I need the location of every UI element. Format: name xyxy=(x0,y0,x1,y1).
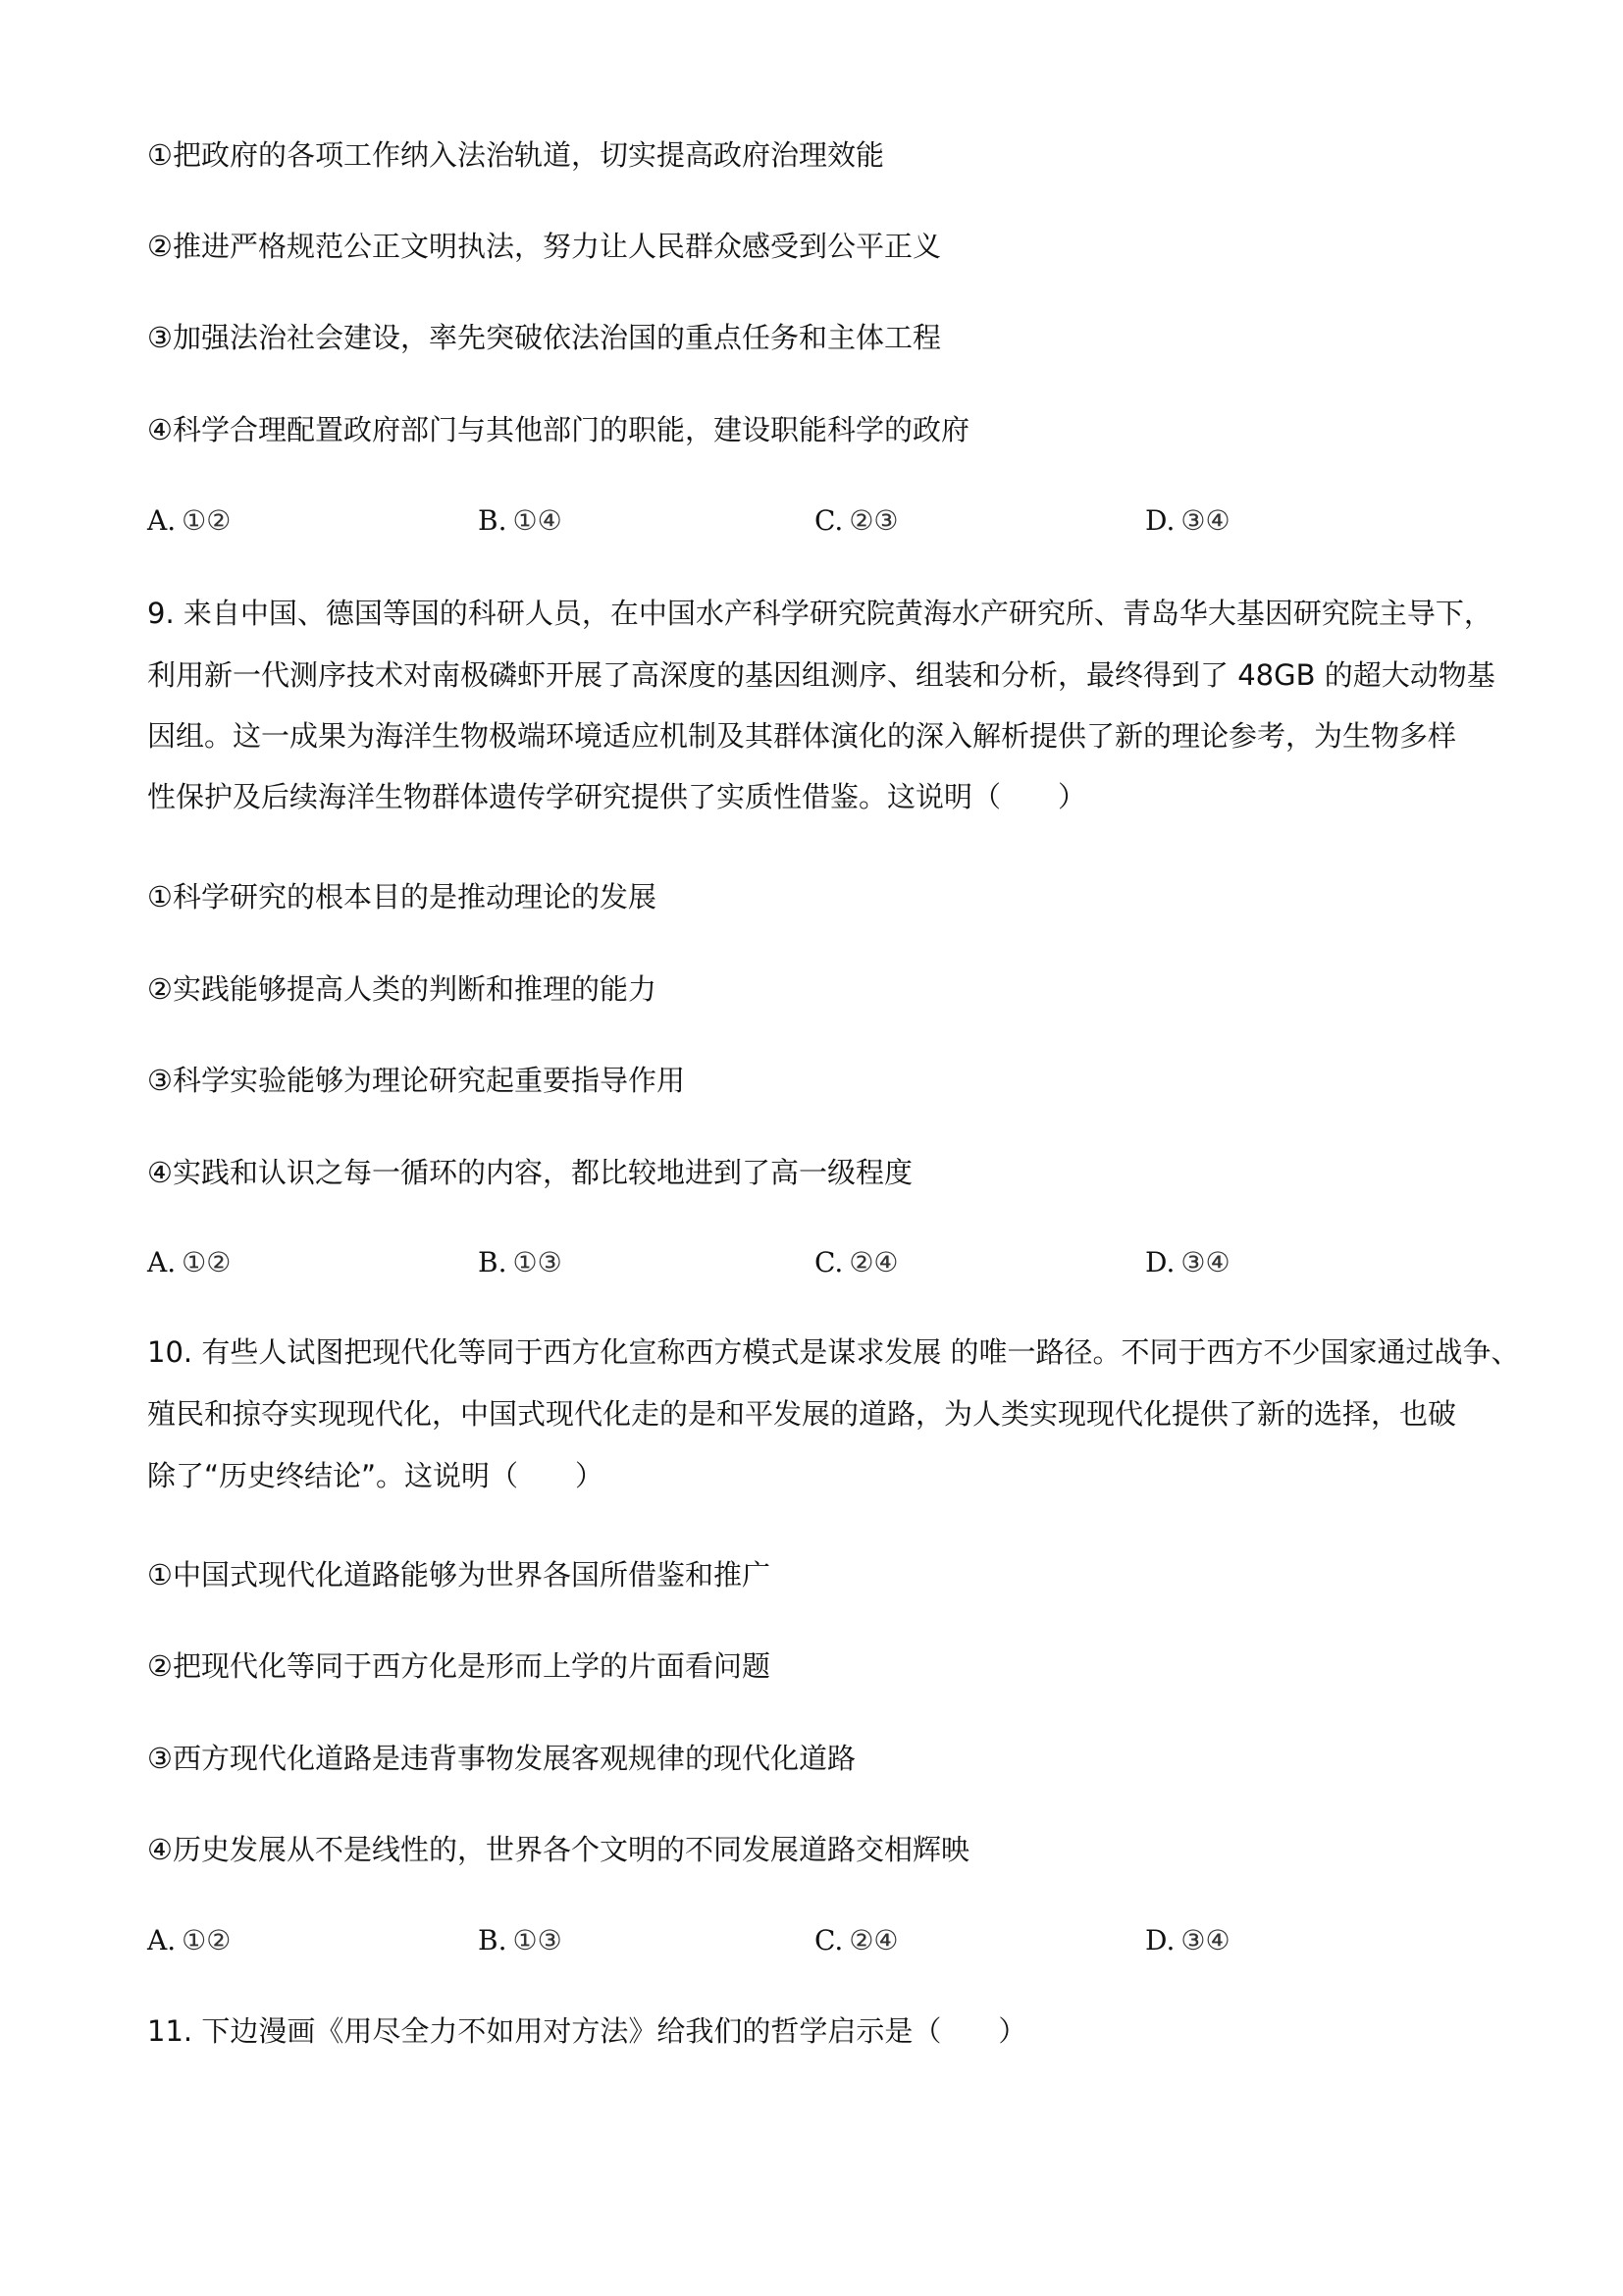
q9-option-4: ④实践和认识之每一循环的内容，都比较地进到了高一级程度 xyxy=(147,1153,913,1192)
q9-option-1: ①科学研究的根本目的是推动理论的发展 xyxy=(147,877,656,916)
exam-page: ①把政府的各项工作纳入法治轨道，切实提高政府治理效能 ②推进严格规范公正文明执法… xyxy=(0,0,1623,2296)
q8-option-1: ①把政府的各项工作纳入法治轨道，切实提高政府治理效能 xyxy=(147,135,884,175)
q9-choice-c[interactable]: C.②④ xyxy=(814,1243,899,1282)
q10-option-4: ④历史发展从不是线性的，世界各个文明的不同发展道路交相辉映 xyxy=(147,1830,969,1869)
q9-stem-line-3: 因组。这一成果为海洋生物极端环境适应机制及其群体演化的深入解析提供了新的理论参考… xyxy=(147,716,1456,756)
q10-choice-a[interactable]: A.①② xyxy=(147,1921,231,1960)
q9-stem-line-2: 利用新一代测序技术对南极磷虾开展了高深度的基因组测序、组装和分析，最终得到了 4… xyxy=(147,655,1495,695)
q10-stem-line-2: 殖民和掠夺实现现代化，中国式现代化走的是和平发展的道路，为人类实现现代化提供了新… xyxy=(147,1394,1456,1434)
q9-choice-d[interactable]: D.③④ xyxy=(1145,1243,1230,1282)
q9-choice-a[interactable]: A.①② xyxy=(147,1243,231,1282)
q10-stem-line-3: 除了“历史终结论”。这说明（ ） xyxy=(147,1456,603,1495)
q10-stem-line-1: 10. 有些人试图把现代化等同于西方化宣称西方模式是谋求发展 的唯一路径。不同于… xyxy=(147,1332,1520,1372)
q8-choice-a[interactable]: A.①② xyxy=(147,501,231,541)
q8-answer-choices: A.①② B.①④ C.②③ D.③④ xyxy=(147,501,1325,541)
q9-option-2: ②实践能够提高人类的判断和推理的能力 xyxy=(147,969,656,1009)
q8-option-3: ③加强法治社会建设，率先突破依法治国的重点任务和主体工程 xyxy=(147,318,941,357)
q10-choice-b[interactable]: B.①③ xyxy=(478,1921,562,1960)
q9-stem-line-1: 9. 来自中国、德国等国的科研人员，在中国水产科学研究院黄海水产研究所、青岛华大… xyxy=(147,594,1492,633)
q10-choice-d[interactable]: D.③④ xyxy=(1145,1921,1230,1960)
q8-choice-c[interactable]: C.②③ xyxy=(814,501,899,541)
q8-choice-b[interactable]: B.①④ xyxy=(478,501,562,541)
q10-option-2: ②把现代化等同于西方化是形而上学的片面看问题 xyxy=(147,1646,770,1686)
q8-choice-d[interactable]: D.③④ xyxy=(1145,501,1230,541)
q9-choice-b[interactable]: B.①③ xyxy=(478,1243,562,1282)
q8-option-4: ④科学合理配置政府部门与其他部门的职能，建设职能科学的政府 xyxy=(147,410,969,449)
q10-answer-choices: A.①② B.①③ C.②④ D.③④ xyxy=(147,1921,1325,1960)
q9-option-3: ③科学实验能够为理论研究起重要指导作用 xyxy=(147,1061,685,1100)
q10-option-1: ①中国式现代化道路能够为世界各国所借鉴和推广 xyxy=(147,1555,770,1594)
q9-answer-choices: A.①② B.①③ C.②④ D.③④ xyxy=(147,1243,1325,1282)
q10-option-3: ③西方现代化道路是违背事物发展客观规律的现代化道路 xyxy=(147,1739,856,1778)
q8-option-2: ②推进严格规范公正文明执法，努力让人民群众感受到公平正义 xyxy=(147,227,941,266)
q11-stem-line-1: 11. 下边漫画《用尽全力不如用对方法》给我们的哲学启示是（ ） xyxy=(147,2011,1026,2051)
q9-stem-line-4: 性保护及后续海洋生物群体遗传学研究提供了实质性借鉴。这说明（ ） xyxy=(147,777,1086,816)
q10-choice-c[interactable]: C.②④ xyxy=(814,1921,899,1960)
